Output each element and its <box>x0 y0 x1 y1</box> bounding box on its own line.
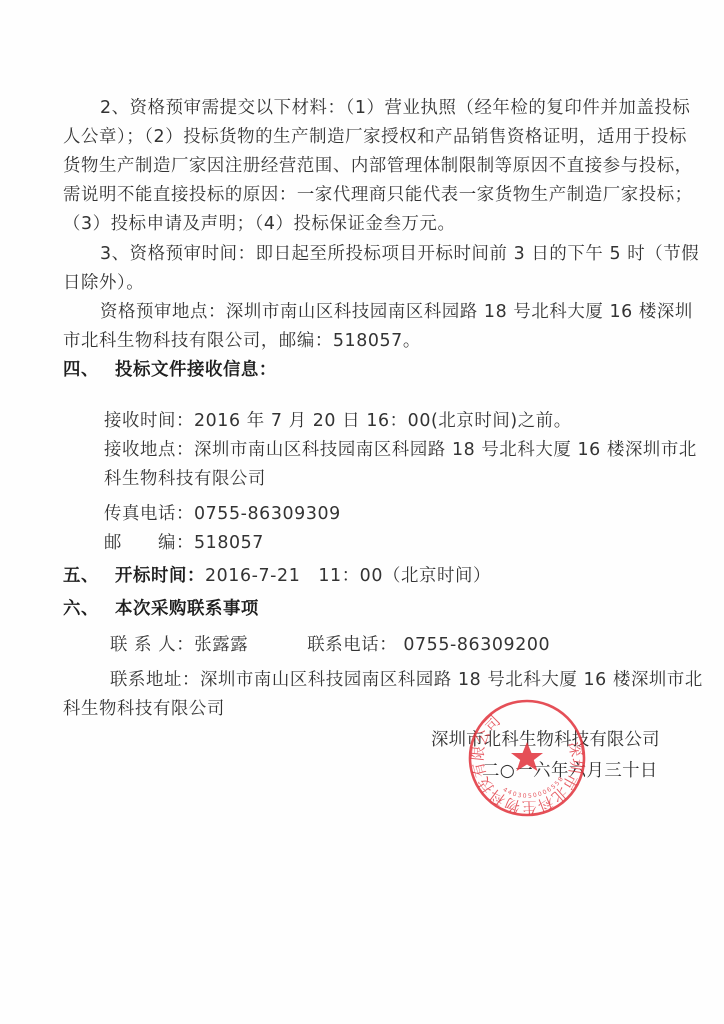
section4-number: 四、 <box>63 359 115 381</box>
zip-label-2: 编： <box>158 533 194 553</box>
zip-row: 邮编：518057 <box>104 532 264 554</box>
svg-text:深圳市北科生物科技有限公司: 深圳市北科生物科技有限公司 <box>467 698 587 818</box>
signature-date: 二○一六年六月三十日 <box>482 760 658 782</box>
contact-name: 张露露 <box>194 634 307 656</box>
section4-title: 投标文件接收信息： <box>115 360 277 380</box>
para3-line-2: 日除外）。 <box>63 272 144 294</box>
prequal-location-line-1: 资格预审地点：深圳市南山区科技园南区科园路 18 号北科大厦 16 楼深圳 <box>63 301 653 323</box>
fax-value: 0755-86309309 <box>194 504 341 524</box>
fax-row: 传真电话：0755-86309309 <box>104 503 341 525</box>
contact-row: 联 系 人：张露露联系电话： 0755-86309200 <box>110 634 550 656</box>
contact-address-line-1: 联系地址：深圳市南山区科技园南区科园路 18 号北科大厦 16 楼深圳市北 <box>110 669 655 691</box>
para2-line-1: 2、资格预审需提交以下材料：（1）营业执照（经年检的复印件并加盖投标 <box>63 97 653 119</box>
signature-company: 深圳市北科生物科技有限公司 <box>431 729 660 751</box>
para3-line-1: 3、资格预审时间：即日起至所投标项目开标时间前 3 日的下午 5 时（节假 <box>63 243 653 265</box>
company-seal-icon: 深圳市北科生物科技有限公司 4403050006558 <box>467 698 587 818</box>
zip-value: 518057 <box>194 533 264 553</box>
receive-place-line-2: 科生物科技有限公司 <box>104 468 266 490</box>
fax-label: 传真电话： <box>104 504 194 524</box>
para2-line-3: 货物生产制造厂家因注册经营范围、内部管理体制限制等原因不直接参与投标， <box>63 155 653 177</box>
section5-title: 开标时间： <box>115 566 205 586</box>
receive-time: 接收时间：2016 年 7 月 20 日 16：00(北京时间)之前。 <box>104 410 572 432</box>
section6-number: 六、 <box>63 598 115 620</box>
receive-place-line-1: 接收地点：深圳市南山区科技园南区科园路 18 号北科大厦 16 楼深圳市北 <box>104 439 653 461</box>
document-page: 2、资格预审需提交以下材料：（1）营业执照（经年检的复印件并加盖投标 人公章）；… <box>0 0 724 1024</box>
zip-label-1: 邮 <box>104 532 158 554</box>
para2-line-2: 人公章）；（2）投标货物的生产制造厂家授权和产品销售资格证明，适用于投标 <box>63 126 653 148</box>
para2-line-4: 需说明不能直接投标的原因：一家代理商只能代表一家货物生产制造厂家投标； <box>63 184 653 206</box>
section5-value: 2016-7-21 11：00（北京时间） <box>205 566 491 586</box>
section4-heading: 四、投标文件接收信息： <box>63 359 277 381</box>
section5-number: 五、 <box>63 565 115 587</box>
seal-text: 深圳市北科生物科技有限公司 <box>467 698 587 818</box>
phone-value: 0755-86309200 <box>403 635 550 655</box>
contact-label: 联 系 人： <box>110 635 194 655</box>
prequal-location-line-2: 市北科生物科技有限公司，邮编：518057。 <box>63 330 421 352</box>
section5-heading: 五、开标时间：2016-7-21 11：00（北京时间） <box>63 565 491 587</box>
phone-label: 联系电话： <box>307 635 397 655</box>
para2-line-5: （3）投标申请及声明；（4）投标保证金叁万元。 <box>63 213 455 235</box>
section6-title: 本次采购联系事项 <box>115 599 259 619</box>
contact-address-line-2: 科生物科技有限公司 <box>63 698 225 720</box>
section6-heading: 六、本次采购联系事项 <box>63 598 259 620</box>
